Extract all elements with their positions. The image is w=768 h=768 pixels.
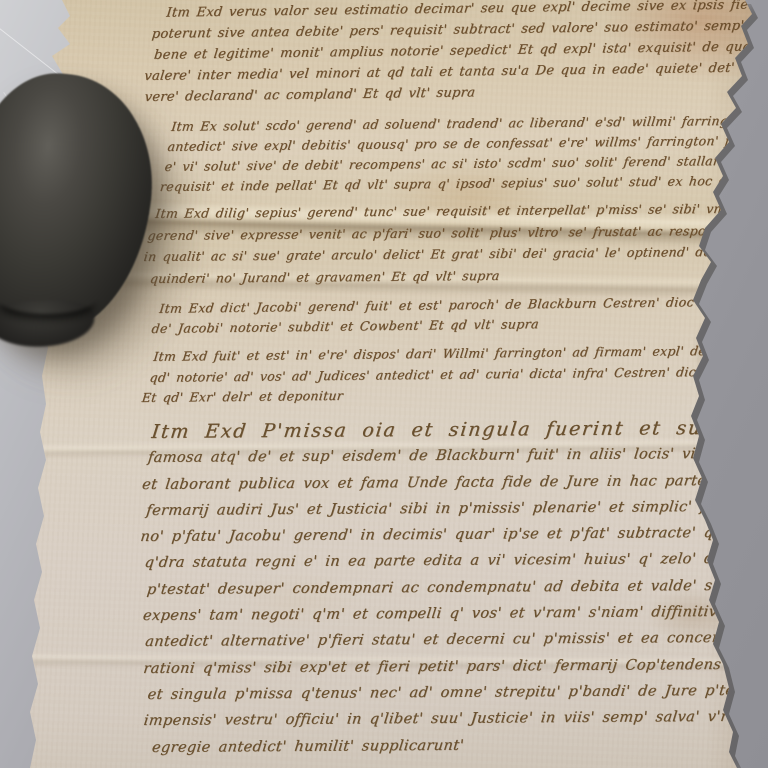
handwritten-line: Itm Exd P'missa oia et singula fuerint e… (150, 411, 768, 445)
manuscript-paragraph-2: Itm Ex solut' scdo' gerend' ad soluend' … (158, 110, 768, 197)
manuscript-paragraph-4: Itm Exd dict' Jacobi' gerend' fuit' et e… (146, 291, 768, 339)
manuscript-photo: Itm Exd verus valor seu estimatio decima… (0, 0, 768, 768)
manuscript-paragraph-1: Itm Exd verus valor seu estimatio decima… (140, 0, 768, 108)
manuscript-paragraph-3: Itm Exd dilig' sepius' gerend' tunc' sue… (142, 197, 768, 289)
manuscript-paragraph-6: Itm Exd P'missa oia et singula fuerint e… (138, 411, 768, 760)
manuscript-paragraph-5: Itm Exd fuit' et est' in' e're' dispos' … (140, 340, 768, 409)
